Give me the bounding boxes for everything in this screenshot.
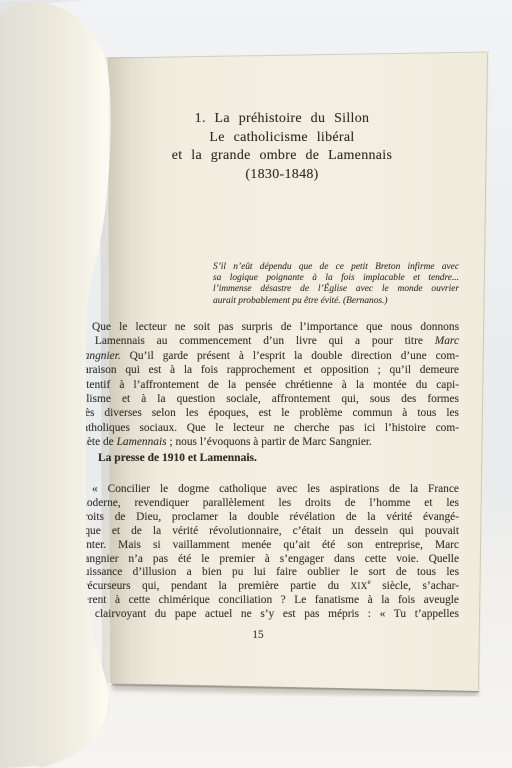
paragraph-1: Que le lecteur ne soit pas surpris de l’…	[78, 320, 459, 450]
text-line: 1. La préhistoire du Sillon	[90, 110, 474, 129]
text-line: « Concilier le dogme catholique avec les…	[78, 483, 459, 497]
text-line: sa logique poignante à la fois implacabl…	[213, 273, 459, 284]
text-line: catholiques sociaux. Que le lecteur ne c…	[78, 421, 459, 435]
text-line: précurseurs qui, pendant la première par…	[78, 580, 459, 594]
text-line: à Lamennais au commencement d’un livre q…	[78, 334, 459, 348]
text-line: tenter. Mais si vaillamment menée qu’ait…	[78, 539, 459, 553]
text-line: droits de Dieu, proclamer la double révé…	[78, 511, 459, 525]
text-line: Sangnier. Qu’il garde présent à l’esprit…	[78, 349, 459, 363]
text-line: attentif à l’affrontement de la pensée c…	[78, 378, 459, 392]
text-line: (1830-1848)	[90, 166, 474, 185]
text-line: et clairvoyant du pape actuel ne s’y est…	[78, 608, 459, 622]
book-page-photo: 1. La préhistoire du SillonLe catholicis…	[0, 0, 512, 768]
epigraph: S’il n’eût dépendu que de ce petit Breto…	[213, 262, 459, 307]
text-line: S’il n’eût dépendu que de ce petit Breto…	[213, 262, 459, 273]
section-heading: La presse de 1910 et Lamennais.	[78, 452, 479, 464]
page-number: 15	[88, 629, 428, 641]
text-line: aurait probablement pu être évité. (Bern…	[213, 296, 459, 307]
chapter-title: 1. La préhistoire du SillonLe catholicis…	[90, 110, 474, 184]
page-content: 1. La préhistoire du SillonLe catholicis…	[0, 0, 512, 768]
text-line: nèrent à cette chimérique conciliation ?…	[78, 594, 459, 608]
text-line: plète de Lamennais ; nous l’évoquons à p…	[78, 435, 459, 449]
text-line: paraison qui est à la fois rapprochement…	[78, 363, 459, 377]
text-line: très diverses selon les époques, est le …	[78, 406, 459, 420]
paragraph-2: « Concilier le dogme catholique avec les…	[78, 483, 459, 622]
text-line: Sangnier n’a pas été le premier à s’enga…	[78, 553, 459, 567]
text-line: Le catholicisme libéral	[90, 129, 474, 148]
text-line: moderne, revendiquer parallèlement les d…	[78, 497, 459, 511]
text-line: l’immense désastre de l’Église avec le m…	[213, 284, 459, 295]
text-line: Que le lecteur ne soit pas surpris de l’…	[78, 320, 459, 334]
text-line: et la grande ombre de Lamennais	[90, 147, 474, 166]
text-line: talisme et à la question sociale, affron…	[78, 392, 459, 406]
text-line: lique et de la vérité révolutionnaire, c…	[78, 525, 459, 539]
text-line: puissance d’illusion a bien pu lui faire…	[78, 566, 459, 580]
